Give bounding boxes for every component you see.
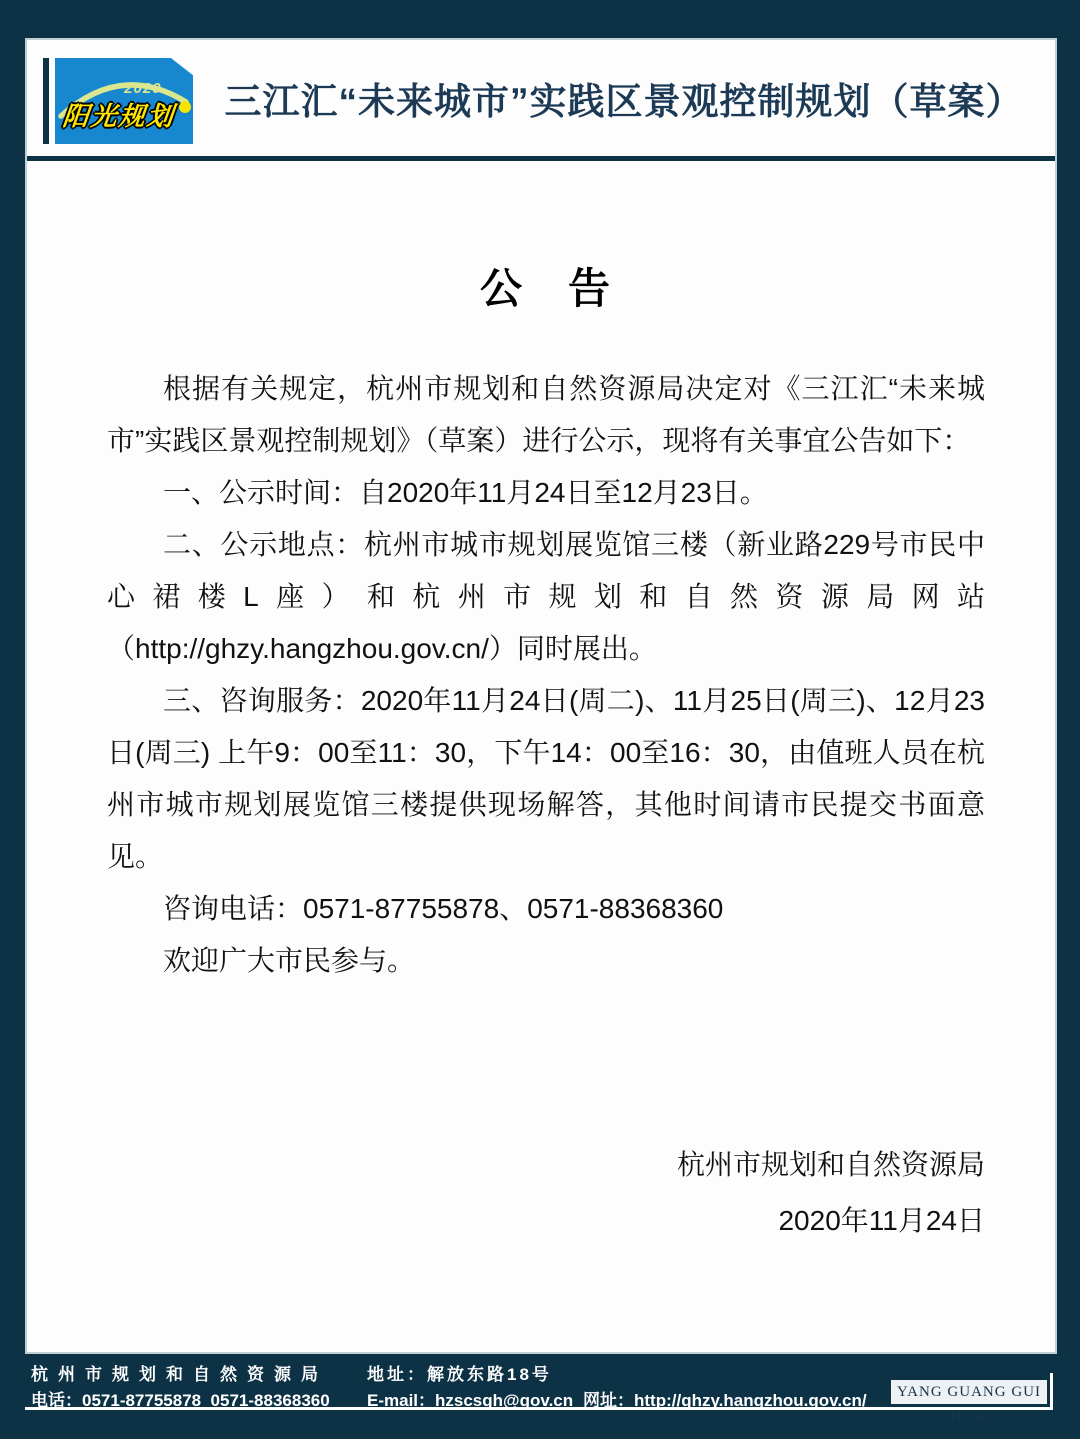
sunshine-planning-logo: ’2020 阳光规划: [43, 52, 203, 144]
page-footer: 杭州市规划和自然资源局 地址：解放东路18号 电话：0571-87755878 …: [0, 1353, 1080, 1439]
notice-paragraph-location: 二、公示地点：杭州市城市规划展览馆三楼（新业路229号市民中心裙楼L座）和杭州市…: [107, 519, 985, 675]
logo-side-bar: [43, 58, 49, 144]
notice-heading: 公 告: [107, 261, 985, 317]
logo-name-label: 阳光规划: [61, 96, 177, 133]
footer-row-org: 杭州市规划和自然资源局 地址：解放东路18号: [31, 1360, 552, 1385]
notice-paragraph-phone: 咨询电话：0571-87755878、0571-88368360: [107, 883, 985, 935]
page-header: ’2020 阳光规划 三江汇“未来城市”实践区景观控制规划（草案）: [27, 40, 1055, 156]
signature-date: 2020年11月24日: [107, 1193, 985, 1249]
signature-org: 杭州市规划和自然资源局: [107, 1137, 985, 1193]
notice-paragraph-time: 一、公示时间：自2020年11月24日至12月23日。: [107, 467, 985, 519]
signature-block: 杭州市规划和自然资源局 2020年11月24日: [107, 1137, 985, 1249]
header-divider: [27, 156, 1055, 161]
notice-page: ’2020 阳光规划 三江汇“未来城市”实践区景观控制规划（草案） 公 告 根据…: [25, 38, 1057, 1354]
logo-year-label: ’2020: [119, 80, 162, 97]
notice-paragraph-welcome: 欢迎广大市民参与。: [107, 935, 985, 987]
footer-rule-tick: [1050, 1373, 1053, 1410]
footer-address: 地址：解放东路18号: [367, 1360, 552, 1385]
notice-paragraph-consult: 三、咨询服务：2020年11月24日(周二)、11月25日(周三)、12月23日…: [107, 675, 985, 883]
page-title: 三江汇“未来城市”实践区景观控制规划（草案）: [203, 71, 1055, 125]
notice-paragraph-intro: 根据有关规定，杭州市规划和自然资源局决定对《三江汇“未来城市”实践区景观控制规划…: [107, 363, 985, 467]
logo-dot-icon: [179, 101, 191, 113]
footer-rule: [25, 1407, 1053, 1410]
notice-body: 公 告 根据有关规定，杭州市规划和自然资源局决定对《三江汇“未来城市”实践区景观…: [27, 261, 1055, 1249]
footer-brand-badge: YANG GUANG GUI HUA: [891, 1380, 1047, 1404]
logo-badge: ’2020 阳光规划: [55, 58, 193, 144]
footer-org-name: 杭州市规划和自然资源局: [31, 1360, 367, 1385]
